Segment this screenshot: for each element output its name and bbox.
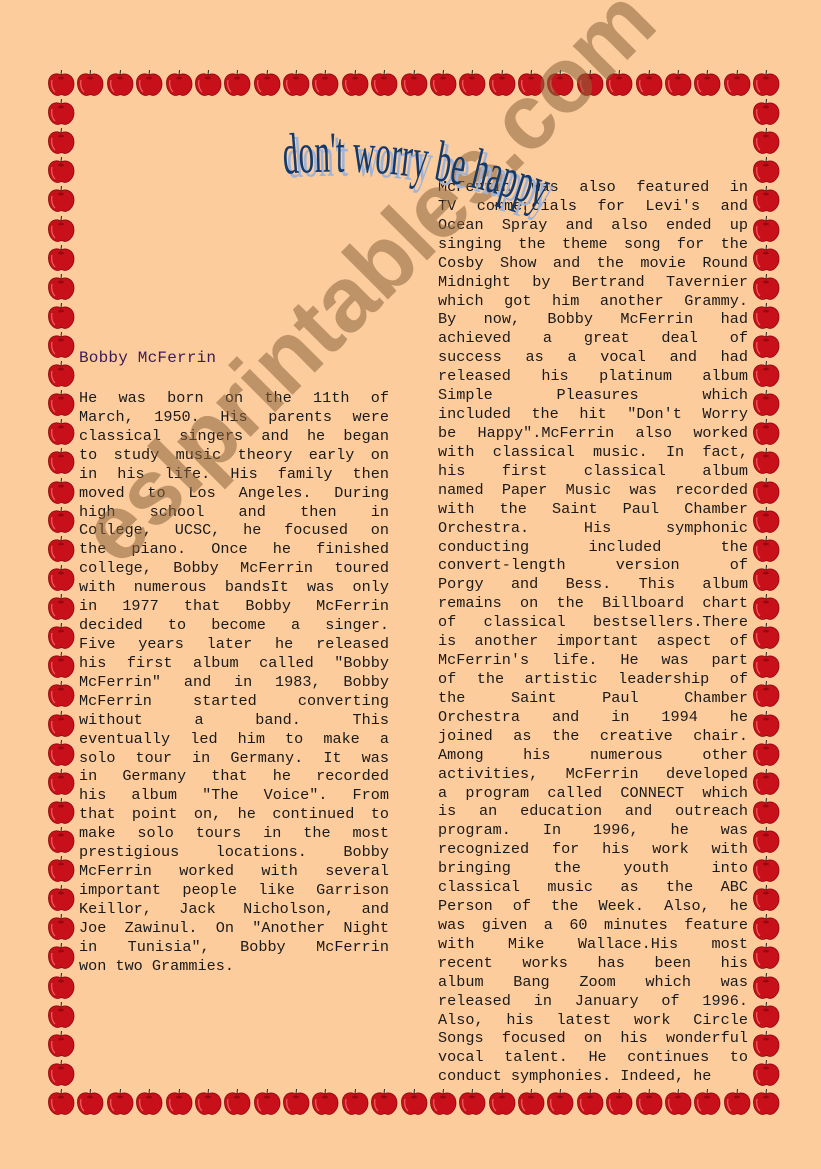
apple-icon <box>282 70 310 96</box>
text-line: his first classical album <box>438 462 748 481</box>
apple-icon <box>400 1089 428 1115</box>
apple-icon <box>47 448 75 474</box>
apple-icon <box>400 70 428 96</box>
apple-icon <box>194 70 222 96</box>
apple-icon <box>605 70 633 96</box>
apple-icon <box>47 740 75 766</box>
apple-icon <box>752 1089 780 1115</box>
apple-icon <box>47 361 75 387</box>
text-line: By now, Bobby McFerrin had <box>438 310 748 329</box>
apple-icon <box>47 70 75 96</box>
apple-icon <box>723 70 751 96</box>
text-line: a program called CONNECT which <box>438 784 748 803</box>
apple-icon <box>546 1089 574 1115</box>
apple-icon <box>47 594 75 620</box>
apple-icon <box>47 1089 75 1115</box>
text-line: He was born on the 11th of <box>79 389 389 408</box>
apple-icon <box>47 303 75 329</box>
apple-icon <box>223 1089 251 1115</box>
apple-icon <box>752 594 780 620</box>
text-line: Joe Zawinul. On "Another Night <box>79 919 389 938</box>
apple-icon <box>693 70 721 96</box>
text-line: Midnight by Bertrand Tavernier <box>438 273 748 292</box>
text-line: Among his numerous other <box>438 746 748 765</box>
apple-icon <box>488 1089 516 1115</box>
svg-text:don't worry be happy: don't worry be happy <box>280 120 559 221</box>
apple-icon <box>752 565 780 591</box>
apple-icon <box>165 70 193 96</box>
text-line: is an education and outreach <box>438 802 748 821</box>
text-line: program. In 1996, he was <box>438 821 748 840</box>
apple-icon <box>752 711 780 737</box>
apple-icon <box>47 652 75 678</box>
apple-icon <box>517 70 545 96</box>
apple-icon <box>488 70 516 96</box>
apple-icon <box>47 1002 75 1028</box>
text-line: college, Bobby McFerrin toured <box>79 559 389 578</box>
text-line: recognized for his work with <box>438 840 748 859</box>
text-line: remains on the Billboard chart <box>438 594 748 613</box>
apple-icon <box>47 827 75 853</box>
apple-icon <box>47 536 75 562</box>
apple-icon <box>370 70 398 96</box>
apple-icon <box>194 1089 222 1115</box>
title-wordart: don't worry be happy don't worry be happ… <box>278 112 558 222</box>
apple-icon <box>752 827 780 853</box>
text-line: be Happy".McFerrin also worked <box>438 424 748 443</box>
text-line: eventually led him to make a <box>79 730 389 749</box>
text-line: achieved a great deal of <box>438 329 748 348</box>
text-line: conducting included the <box>438 538 748 557</box>
apple-icon <box>135 70 163 96</box>
text-line: solo tour in Germany. It was <box>79 749 389 768</box>
text-line: McFerrin started converting <box>79 692 389 711</box>
apple-icon <box>458 1089 486 1115</box>
text-line: without a band. This <box>79 711 389 730</box>
apple-icon <box>47 885 75 911</box>
apple-icon <box>723 1089 751 1115</box>
text-line: with the Saint Paul Chamber <box>438 500 748 519</box>
text-line: vocal talent. He continues to <box>438 1048 748 1067</box>
apple-icon <box>47 390 75 416</box>
apple-icon <box>47 769 75 795</box>
apple-icon <box>47 1060 75 1086</box>
text-line: decided to become a singer. <box>79 616 389 635</box>
apple-icon <box>752 1060 780 1086</box>
text-line: activities, McFerrin developed <box>438 765 748 784</box>
apple-icon <box>752 1031 780 1057</box>
text-line: success as a vocal and had <box>438 348 748 367</box>
apple-icon <box>47 128 75 154</box>
apple-icon <box>223 70 251 96</box>
apple-icon <box>752 157 780 183</box>
apple-icon <box>635 70 663 96</box>
text-line: important people like Garrison <box>79 881 389 900</box>
apple-icon <box>47 943 75 969</box>
apple-icon <box>752 390 780 416</box>
text-line: Simple Pleasures which <box>438 386 748 405</box>
apple-icon <box>605 1089 633 1115</box>
apple-icon <box>47 914 75 940</box>
text-line: won two Grammies. <box>79 957 389 976</box>
apple-icon <box>47 973 75 999</box>
apple-icon <box>429 70 457 96</box>
apple-icon <box>106 70 134 96</box>
apple-icon <box>752 973 780 999</box>
apple-icon <box>664 1089 692 1115</box>
text-line: named Paper Music was recorded <box>438 481 748 500</box>
apple-icon <box>752 245 780 271</box>
apple-icon <box>752 769 780 795</box>
text-line: his first album called "Bobby <box>79 654 389 673</box>
text-line: in his life. His family then <box>79 465 389 484</box>
text-line: with numerous bandsIt was only <box>79 578 389 597</box>
text-line: that point on, he continued to <box>79 805 389 824</box>
text-line: make solo tours in the most <box>79 824 389 843</box>
apple-icon <box>752 623 780 649</box>
apple-icon <box>429 1089 457 1115</box>
apple-icon <box>341 1089 369 1115</box>
apple-icon <box>47 478 75 504</box>
apple-icon <box>693 1089 721 1115</box>
apple-icon <box>752 70 780 96</box>
text-line: College, UCSC, he focused on <box>79 521 389 540</box>
apple-icon <box>576 1089 604 1115</box>
article-heading: Bobby McFerrin <box>79 349 216 367</box>
text-line: conduct symphonies. Indeed, he <box>438 1067 748 1086</box>
apple-icon <box>752 943 780 969</box>
text-line: bringing the youth into <box>438 859 748 878</box>
apple-icon <box>47 274 75 300</box>
text-line: released his platinum album <box>438 367 748 386</box>
apple-icon <box>47 332 75 358</box>
apple-icon <box>47 1031 75 1057</box>
text-line: Also, his latest work Circle <box>438 1011 748 1030</box>
apple-icon <box>47 711 75 737</box>
text-line: was given a 60 minutes feature <box>438 916 748 935</box>
apple-icon <box>752 914 780 940</box>
text-line: Keillor, Jack Nicholson, and <box>79 900 389 919</box>
text-line: Songs focused on his wonderful <box>438 1029 748 1048</box>
title-text: don't worry be happy <box>280 120 559 221</box>
text-line: the piano. Once he finished <box>79 540 389 559</box>
text-line: McFerrin's life. He was part <box>438 651 748 670</box>
right-column-text: McFerrin was also featured inTV commerci… <box>438 178 748 1086</box>
apple-icon <box>752 99 780 125</box>
apple-icon <box>47 245 75 271</box>
apple-icon <box>47 565 75 591</box>
apple-icon <box>47 216 75 242</box>
text-line: to study music theory early on <box>79 446 389 465</box>
apple-icon <box>752 216 780 242</box>
text-line: McFerrin worked with several <box>79 862 389 881</box>
text-line: high school and then in <box>79 503 389 522</box>
apple-icon <box>165 1089 193 1115</box>
text-line: Five years later he released <box>79 635 389 654</box>
text-line: classical singers and he began <box>79 427 389 446</box>
apple-icon <box>752 885 780 911</box>
apple-icon <box>546 70 574 96</box>
apple-icon <box>752 128 780 154</box>
apple-icon <box>311 1089 339 1115</box>
apple-icon <box>752 1002 780 1028</box>
apple-icon <box>576 70 604 96</box>
text-line: album Bang Zoom which was <box>438 973 748 992</box>
text-line: recent works has been his <box>438 954 748 973</box>
apple-icon <box>47 419 75 445</box>
apple-icon <box>752 419 780 445</box>
text-line: Orchestra. His symphonic <box>438 519 748 538</box>
text-line: released in January of 1996. <box>438 992 748 1011</box>
apple-icon <box>47 623 75 649</box>
text-line: is another important aspect of <box>438 632 748 651</box>
apple-icon <box>752 798 780 824</box>
left-column-text: He was born on the 11th ofMarch, 1950. H… <box>79 389 389 976</box>
apple-icon <box>752 536 780 562</box>
text-line: McFerrin" and in 1983, Bobby <box>79 673 389 692</box>
apple-icon <box>752 478 780 504</box>
apple-icon <box>752 740 780 766</box>
text-line: in 1977 that Bobby McFerrin <box>79 597 389 616</box>
apple-icon <box>47 856 75 882</box>
text-line: joined as the creative chair. <box>438 727 748 746</box>
text-line: Orchestra and in 1994 he <box>438 708 748 727</box>
text-line: convert-length version of <box>438 556 748 575</box>
apple-icon <box>752 507 780 533</box>
worksheet-page: don't worry be happy don't worry be happ… <box>0 0 821 1169</box>
text-line: which got him another Grammy. <box>438 292 748 311</box>
text-line: with classical music. In fact, <box>438 443 748 462</box>
text-line: in Germany that he recorded <box>79 767 389 786</box>
text-line: March, 1950. His parents were <box>79 408 389 427</box>
text-line: his album "The Voice". From <box>79 786 389 805</box>
apple-icon <box>47 157 75 183</box>
text-line: singing the theme song for the <box>438 235 748 254</box>
apple-icon <box>341 70 369 96</box>
text-line: included the hit "Don't Worry <box>438 405 748 424</box>
apple-icon <box>752 332 780 358</box>
apple-icon <box>752 361 780 387</box>
text-line: Person of the Week. Also, he <box>438 897 748 916</box>
apple-icon <box>47 99 75 125</box>
apple-icon <box>752 856 780 882</box>
text-line: of classical bestsellers.There <box>438 613 748 632</box>
apple-icon <box>135 1089 163 1115</box>
apple-icon <box>282 1089 310 1115</box>
apple-icon <box>311 70 339 96</box>
apple-icon <box>47 798 75 824</box>
text-line: prestigious locations. Bobby <box>79 843 389 862</box>
apple-icon <box>752 303 780 329</box>
apple-icon <box>76 70 104 96</box>
apple-icon <box>47 681 75 707</box>
page-title: don't worry be happy don't worry be happ… <box>278 112 558 222</box>
apple-icon <box>370 1089 398 1115</box>
apple-icon <box>635 1089 663 1115</box>
apple-icon <box>253 70 281 96</box>
text-line: the Saint Paul Chamber <box>438 689 748 708</box>
apple-icon <box>47 186 75 212</box>
apple-icon <box>752 681 780 707</box>
text-line: Porgy and Bess. This album <box>438 575 748 594</box>
apple-icon <box>253 1089 281 1115</box>
apple-icon <box>458 70 486 96</box>
apple-icon <box>47 507 75 533</box>
text-line: in Tunisia", Bobby McFerrin <box>79 938 389 957</box>
apple-icon <box>106 1089 134 1115</box>
apple-icon <box>752 274 780 300</box>
apple-icon <box>752 652 780 678</box>
text-line: of the artistic leadership of <box>438 670 748 689</box>
text-line: moved to Los Angeles. During <box>79 484 389 503</box>
apple-icon <box>752 448 780 474</box>
apple-icon <box>76 1089 104 1115</box>
text-line: with Mike Wallace.His most <box>438 935 748 954</box>
text-line: Cosby Show and the movie Round <box>438 254 748 273</box>
apple-icon <box>517 1089 545 1115</box>
apple-icon <box>664 70 692 96</box>
text-line: classical music as the ABC <box>438 878 748 897</box>
apple-icon <box>752 186 780 212</box>
